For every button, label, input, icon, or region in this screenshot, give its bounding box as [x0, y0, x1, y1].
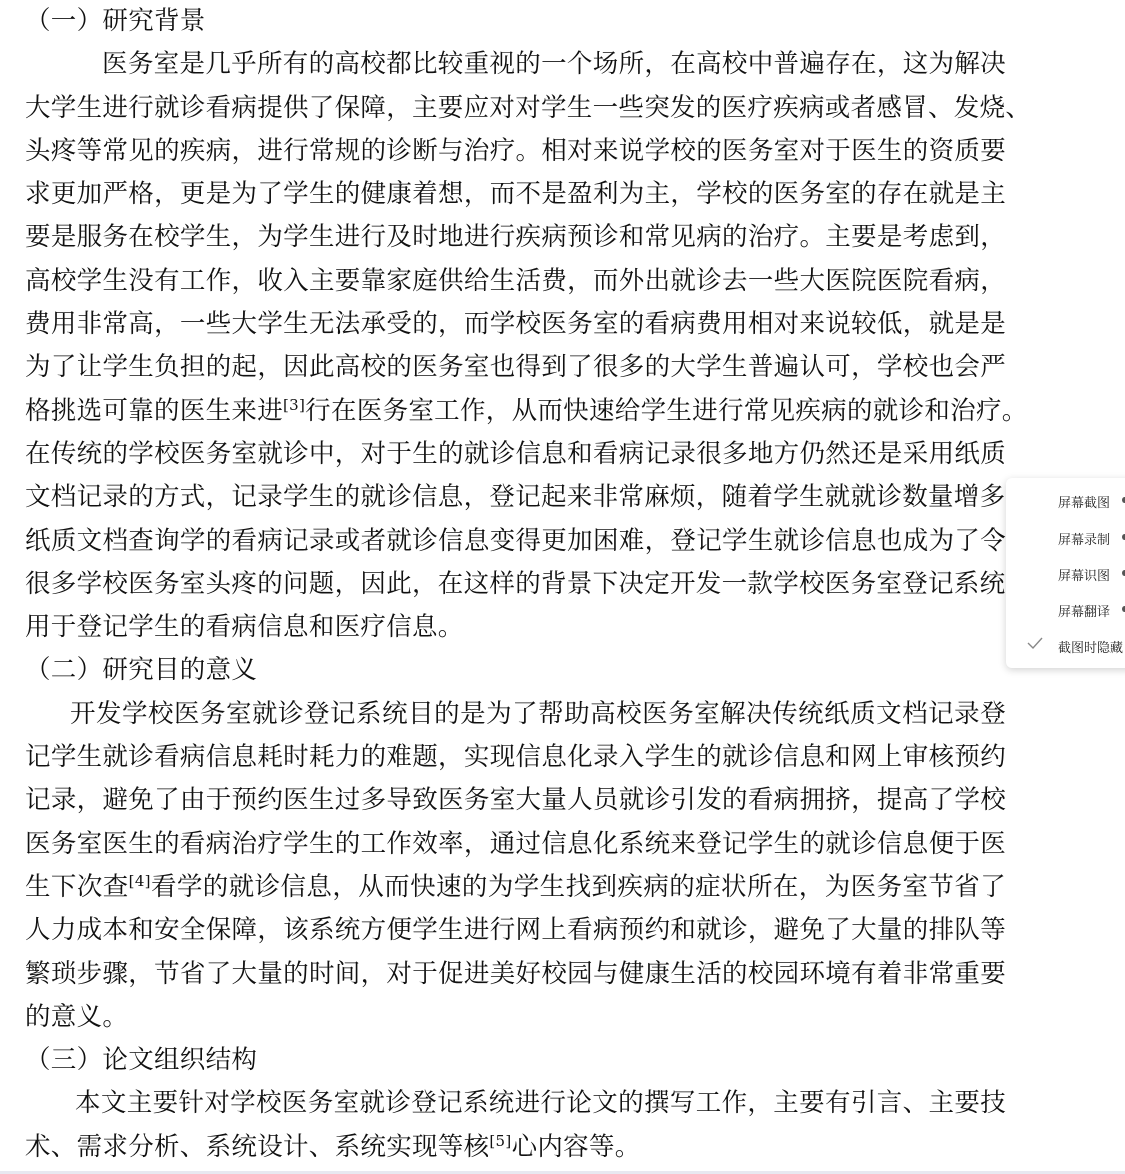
document-page: （一）研究背景 医务室是几乎所有的高校都比较重视的一个场所，在高校中普遍存在，这…	[25, 0, 1006, 1169]
paragraph-line: 头疼等常见的疾病，进行常规的诊断与治疗。相对来说学校的医务室对于医生的资质要	[25, 130, 1006, 173]
text-after-citation: 行在医务室工作，从而快速给学生进行常见疾病的就诊和治疗。	[305, 396, 1027, 426]
paragraph-line-with-citation: 术、需求分析、系统设计、系统实现等核[5]心内容等。	[25, 1126, 1006, 1169]
text-after-citation: 心内容等。	[512, 1132, 641, 1162]
section-heading-structure: （三）论文组织结构	[25, 1039, 1006, 1082]
paragraph-line: 费用非常高，一些大学生无法承受的，而学校医务室的看病费用相对来说较低，就是是	[25, 303, 1006, 346]
paragraph-line: 开发学校医务室就诊登记系统目的是为了帮助高校医务室解决传统纸质文档记录登	[25, 693, 1006, 736]
paragraph-line: 在传统的学校医务室就诊中，对于生的就诊信息和看病记录很多地方仍然还是采用纸质	[25, 433, 1006, 476]
paragraph-line: 记学生就诊看病信息耗时耗力的难题，实现信息化录入学生的就诊信息和网上审核预约	[25, 736, 1006, 779]
citation-ref-4[interactable]: [4]	[129, 872, 151, 890]
paragraph-line: 纸质文档查询学的看病记录或者就诊信息变得更加困难，登记学生就诊信息也成为了令	[25, 520, 1006, 563]
menu-item-screen-capture[interactable]: 屏幕截图	[1006, 481, 1125, 517]
paragraph-line-with-citation: 格挑选可靠的医生来进[3]行在医务室工作，从而快速给学生进行常见疾病的就诊和治疗…	[25, 390, 1006, 433]
paragraph-line: 本文主要针对学校医务室就诊登记系统进行论文的撰写工作，主要有引言、主要技	[25, 1082, 1006, 1125]
menu-item-screen-translate[interactable]: 屏幕翻译	[1006, 590, 1125, 626]
paragraph-line: 记录，避免了由于预约医生过多导致医务室大量人员就诊引发的看病拥挤，提高了学校	[25, 779, 1006, 822]
paragraph-line: 高校学生没有工作，收入主要靠家庭供给生活费，而外出就诊去一些大医院医院看病，	[25, 260, 1006, 303]
citation-ref-5[interactable]: [5]	[489, 1132, 511, 1150]
paragraph-line: 用于登记学生的看病信息和医疗信息。	[25, 606, 1006, 649]
paragraph-line: 医务室医生的看病治疗学生的工作效率，通过信息化系统来登记学生的就诊信息便于医	[25, 823, 1006, 866]
paragraph-line-with-citation: 生下次查[4]看学的就诊信息，从而快速的为学生找到疾病的症状所在，为医务室节省了	[25, 866, 1006, 909]
paragraph-line: 大学生进行就诊看病提供了保障，主要应对对学生一些突发的医疗疾病或者感冒、发烧、	[25, 87, 1006, 130]
paragraph-line: 繁琐步骤，节省了大量的时间，对于促进美好校园与健康生活的校园环境有着非常重要	[25, 953, 1006, 996]
paragraph-line: 文档记录的方式，记录学生的就诊信息，登记起来非常麻烦，随着学生就就诊数量增多，	[25, 476, 1006, 519]
paragraph-line: 很多学校医务室头疼的问题，因此，在这样的背景下决定开发一款学校医务室登记系统，	[25, 563, 1006, 606]
checkmark-icon	[1026, 634, 1044, 652]
text-before-citation: 生下次查	[25, 872, 129, 902]
text-after-citation: 看学的就诊信息，从而快速的为学生找到疾病的症状所在，为医务室节省了	[151, 872, 1006, 902]
paragraph-line: 人力成本和安全保障，该系统方便学生进行网上看病预约和就诊，避免了大量的排队等	[25, 909, 1006, 952]
menu-item-screen-recognize[interactable]: 屏幕识图	[1006, 554, 1125, 590]
section-heading-purpose: （二）研究目的意义	[25, 649, 1006, 692]
screenshot-context-menu: 屏幕截图 屏幕录制 屏幕识图 屏幕翻译 截图时隐藏	[1006, 478, 1125, 668]
menu-item-screen-record[interactable]: 屏幕录制	[1006, 518, 1125, 554]
paragraph-line: 的意义。	[25, 996, 1006, 1039]
paragraph-line: 为了让学生负担的起，因此高校的医务室也得到了很多的大学生普遍认可，学校也会严	[25, 346, 1006, 389]
text-before-citation: 格挑选可靠的医生来进	[25, 396, 283, 426]
paragraph-line: 求更加严格，更是为了学生的健康着想，而不是盈利为主，学校的医务室的存在就是主	[25, 173, 1006, 216]
citation-ref-3[interactable]: [3]	[283, 396, 305, 414]
paragraph-line: 医务室是几乎所有的高校都比较重视的一个场所，在高校中普遍存在，这为解决	[25, 43, 1006, 86]
paragraph-line: 要是服务在校学生，为学生进行及时地进行疾病预诊和常见病的治疗。主要是考虑到，	[25, 216, 1006, 259]
menu-item-hide-on-capture[interactable]: 截图时隐藏	[1006, 626, 1125, 662]
text-before-citation: 术、需求分析、系统设计、系统实现等核	[25, 1132, 489, 1162]
section-heading-background: （一）研究背景	[25, 0, 1006, 43]
